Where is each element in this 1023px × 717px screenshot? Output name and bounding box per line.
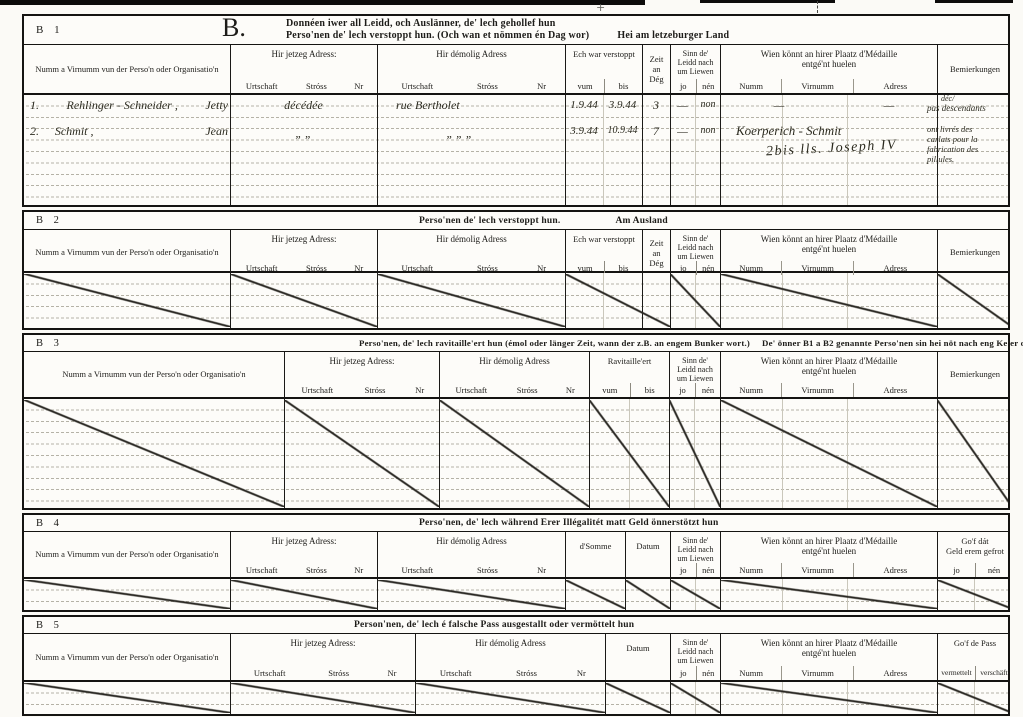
- entry-former-address: „ „ „: [377, 126, 542, 141]
- entry-current-address: décédée: [230, 98, 377, 113]
- sub-urtschaft: Urtschaft: [231, 563, 292, 577]
- current-address-label: Hir jetzeg Adress:: [272, 234, 337, 244]
- section-title: Person'nen, de' lech é falsche Pass ausg…: [354, 620, 634, 630]
- sub-adress: Adress: [853, 563, 937, 577]
- section-label: B 3: [36, 338, 63, 349]
- alive-label: Sinn de' Leidd nach um Liewen: [677, 356, 713, 383]
- section-b3: B 3 Perso'nen, de' lech ravitaille'ert h…: [22, 333, 1010, 510]
- b4-entries-area: [24, 579, 1008, 610]
- strike-line: [670, 580, 720, 609]
- col-hidden-period: Ech war verstoppt vumbis: [565, 230, 642, 275]
- sub-stross: Stróss: [292, 563, 340, 577]
- strike-line: [720, 274, 937, 327]
- sub-stross: Stróss: [292, 79, 340, 93]
- sub-vermettelt: vermettelt: [938, 666, 975, 680]
- entry-alive-jo: —: [670, 98, 695, 113]
- section-b4-titlebar: B 4 Perso'nen, de' lech während Erer Ill…: [24, 515, 1008, 532]
- b2-entries-area: [24, 273, 1008, 328]
- entry-medal-adress: —: [869, 98, 909, 113]
- strike-line: [670, 274, 720, 327]
- section-title: Perso'nen, de' lech während Erer Illégal…: [419, 518, 719, 528]
- date-label: Datum: [626, 643, 649, 654]
- section-label: B 5: [36, 620, 63, 631]
- col-former-address: Hir démolig Adress UrtschaftStróssNr: [439, 352, 589, 397]
- scan-artifact-top-bar: [935, 0, 1013, 3]
- entry-firstname: Jetty: [205, 98, 228, 113]
- section-b1-titlebar: B 1 B. Donnéen iwer all Leidd, och Auslä…: [24, 16, 1008, 45]
- current-address-label: Hir jetzeg Adress:: [272, 536, 337, 546]
- sub-virnumm: Virnumm: [781, 383, 852, 397]
- sub-jo: jo: [938, 563, 975, 577]
- section-b2-titlebar: B 2 Perso'nen de' lech verstoppt hun. Am…: [24, 212, 1008, 230]
- entry-surname: Schmit ,: [55, 124, 94, 139]
- former-address-label: Hir démolig Adress: [479, 356, 550, 366]
- strike-line: [937, 683, 1008, 713]
- entry-medal-numm: —: [759, 98, 799, 113]
- section-letter: B.: [222, 13, 246, 43]
- column-divider: [565, 95, 566, 205]
- strike-line: [565, 274, 670, 327]
- entry-remark: déc/: [941, 95, 954, 103]
- remarks-label: Bemierkungen: [950, 64, 1000, 75]
- strike-line: [24, 580, 230, 609]
- col-alive: Sinn de' Leidd nach um Liewen jonén: [670, 532, 720, 577]
- strike-line: [720, 400, 937, 507]
- strike-line: [937, 274, 1008, 327]
- strike-line: [720, 580, 937, 609]
- medal-recipient-label: Wien könnt an hirer Plaatz d'Médaille en…: [761, 638, 897, 658]
- entry-number: 1.: [30, 98, 39, 113]
- sub-urtschaft: Urtschaft: [285, 383, 350, 397]
- strike-line: [937, 580, 1008, 609]
- col-remarks: Bemierkungen: [937, 352, 1012, 397]
- sub-jo: jo: [671, 79, 696, 93]
- sub-stross: Stróss: [457, 563, 519, 577]
- strike-line: [669, 400, 720, 507]
- strike-line: [377, 580, 565, 609]
- col-current-address: Hir jetzeg Adress: UrtschaftStróssNr: [230, 45, 377, 93]
- money-returned-label: Go'f dát Geld erem gefrot: [946, 536, 1004, 556]
- former-address-label: Hir démolig Adress: [436, 49, 507, 59]
- b4-column-headers: Numm a Virnumm vun der Perso'n oder Orga…: [24, 532, 1008, 579]
- supplied-label: Ravitaille'ert: [608, 356, 652, 366]
- col-alive: Sinn de' Leidd nach um Liewen jonén: [669, 352, 720, 397]
- sub-virnumm: Virnumm: [781, 563, 852, 577]
- strike-line: [565, 580, 625, 609]
- strike-line: [439, 400, 589, 507]
- title-line-1: Donnéen iwer all Leidd, och Auslänner, d…: [286, 18, 729, 30]
- entry-alive-jo: —: [670, 124, 695, 139]
- sub-jo: jo: [670, 383, 695, 397]
- col-name-label: Numm a Virnumm vun der Perso'n oder Orga…: [35, 652, 218, 663]
- title-region: Hei am letzeburger Land: [617, 30, 729, 42]
- column-divider: [720, 95, 721, 205]
- hidden-period-label: Ech war verstoppt: [573, 49, 635, 59]
- sub-numm: Numm: [721, 666, 781, 680]
- sub-jo: jo: [671, 563, 696, 577]
- col-hidden-period: Ech war verstoppt vumbis: [565, 45, 642, 93]
- sub-adress: Adress: [853, 666, 937, 680]
- strike-line: [720, 683, 937, 713]
- col-name-label: Numm a Virnumm vun der Perso'n oder Orga…: [35, 247, 218, 258]
- strike-line: [589, 400, 669, 507]
- col-pass-provided: Go'f de Pass vermetteltverschäft: [937, 634, 1012, 680]
- col-name: Numm a Virnumm vun der Perso'n oder Orga…: [24, 352, 284, 397]
- col-name-label: Numm a Virnumm vun der Perso'n oder Orga…: [62, 369, 245, 380]
- col-medal-recipient: Wien könnt an hirer Plaatz d'Médaille en…: [720, 230, 937, 275]
- col-medal-recipient: Wien könnt an hirer Plaatz d'Médaille en…: [720, 45, 937, 93]
- sub-virnumm: Virnumm: [781, 79, 852, 93]
- col-money-returned: Go'f dát Geld erem gefrot jonén: [937, 532, 1012, 577]
- former-address-label: Hir démolig Adress: [436, 234, 507, 244]
- section-title: Perso'nen, de' lech ravitaille'ert hun (…: [359, 338, 750, 348]
- strike-line: [24, 683, 230, 713]
- section-title: Donnéen iwer all Leidd, och Auslänner, d…: [286, 18, 729, 42]
- sub-urtschaft: Urtschaft: [378, 79, 457, 93]
- sum-label: d'Somme: [580, 541, 612, 552]
- title-region: Am Ausland: [615, 216, 667, 226]
- sub-urtschaft: Urtschaft: [231, 666, 308, 680]
- strike-line: [24, 400, 284, 507]
- section-b5-titlebar: B 5 Person'nen, de' lech é falsche Pass …: [24, 617, 1008, 634]
- medal-recipient-label: Wien könnt an hirer Plaatz d'Médaille en…: [761, 356, 897, 376]
- sub-bis: bis: [604, 79, 642, 93]
- b2-column-headers: Numm a Virnumm vun der Perso'n oder Orga…: [24, 230, 1008, 273]
- strike-line: [377, 274, 565, 327]
- sub-stross: Stróss: [350, 383, 401, 397]
- strike-line: [605, 683, 670, 713]
- sub-verschaft: verschäft: [975, 666, 1012, 680]
- scan-artifact-top-bar: [0, 0, 645, 5]
- alive-label: Sinn de' Leidd nach um Liewen: [677, 234, 713, 261]
- sub-nr: Nr: [400, 383, 439, 397]
- b5-entries-area: [24, 682, 1008, 714]
- entry-days: 7: [642, 124, 670, 139]
- section-b4: B 4 Perso'nen, de' lech während Erer Ill…: [22, 513, 1010, 612]
- scan-artifact-top-bar: [700, 0, 835, 3]
- strike-line: [670, 683, 720, 713]
- entry-days: 3: [642, 98, 670, 113]
- sub-stross: Stróss: [495, 666, 557, 680]
- entry-medal-signature: 2bis lls. Joseph IV: [766, 138, 898, 161]
- section-b3-titlebar: B 3 Perso'nen, de' lech ravitaille'ert h…: [24, 335, 1008, 352]
- col-medal-recipient: Wien könnt an hirer Plaatz d'Médaille en…: [720, 352, 937, 397]
- strike-line: [230, 683, 415, 713]
- strike-line: [625, 580, 670, 609]
- sub-numm: Numm: [721, 383, 781, 397]
- sub-numm: Numm: [721, 79, 781, 93]
- fold-mark: [817, 1, 818, 13]
- entry-name: 1. Rehlinger - Schneider , Jetty: [30, 98, 228, 113]
- b5-column-headers: Numm a Virnumm vun der Perso'n oder Orga…: [24, 634, 1008, 682]
- current-address-label: Hir jetzeg Adress:: [272, 49, 337, 59]
- alive-label: Sinn de' Leidd nach um Liewen: [677, 49, 713, 76]
- strike-line: [937, 400, 1008, 507]
- section-b5: B 5 Person'nen, de' lech é falsche Pass …: [22, 615, 1010, 716]
- sub-nr: Nr: [340, 79, 377, 93]
- entry-alive-nen: non: [695, 125, 721, 136]
- col-former-address: Hir démolig Adress UrtschaftStróssNr: [415, 634, 605, 680]
- col-name: Numm a Virnumm vun der Perso'n oder Orga…: [24, 230, 230, 275]
- col-name: Numm a Virnumm vun der Perso'n oder Orga…: [24, 45, 230, 93]
- sub-nen: nén: [696, 563, 721, 577]
- hidden-period-label: Ech war verstoppt: [573, 234, 635, 244]
- sub-stross: Stróss: [308, 666, 369, 680]
- sub-vum: vum: [566, 79, 604, 93]
- pass-provided-label: Go'f de Pass: [954, 638, 996, 648]
- col-days: Zeit an Dég: [642, 230, 670, 275]
- b1-column-headers: Numm a Virnumm vun der Perso'n oder Orga…: [24, 45, 1008, 95]
- entry-remark: ont livrés des carlats pour la fabricati…: [927, 124, 978, 164]
- col-date: Datum: [605, 634, 670, 680]
- sub-nr: Nr: [518, 79, 565, 93]
- col-days: Zeit an Dég: [642, 45, 670, 93]
- sub-adress: Adress: [853, 383, 937, 397]
- column-divider: [377, 95, 378, 205]
- alive-label: Sinn de' Leidd nach um Liewen: [677, 536, 713, 563]
- column-divider-light: [603, 95, 604, 205]
- medal-recipient-label: Wien könnt an hirer Plaatz d'Médaille en…: [761, 234, 897, 254]
- current-address-label: Hir jetzeg Adress:: [291, 638, 356, 648]
- col-alive: Sinn de' Leidd nach um Liewen jonén: [670, 45, 720, 93]
- entry-alive-nen: non: [695, 99, 721, 110]
- former-address-label: Hir démolig Adress: [475, 638, 546, 648]
- sub-nen: nén: [696, 666, 721, 680]
- col-name-label: Numm a Virnumm vun der Perso'n oder Orga…: [35, 64, 218, 75]
- col-current-address: Hir jetzeg Adress: UrtschaftStróssNr: [230, 532, 377, 577]
- col-date: Datum: [625, 532, 670, 577]
- entry-name: 2. Schmit , Jean: [30, 124, 228, 139]
- strike-line: [24, 274, 230, 327]
- col-name: Numm a Virnumm vun der Perso'n oder Orga…: [24, 532, 230, 577]
- days-label: Zeit an Dég: [649, 54, 663, 84]
- entry-to-date: 10.9.44: [601, 125, 644, 136]
- col-current-address: Hir jetzeg Adress: UrtschaftStróssNr: [230, 230, 377, 275]
- col-former-address: Hir démolig Adress UrtschaftStróssNr: [377, 532, 565, 577]
- sub-urtschaft: Urtschaft: [378, 563, 457, 577]
- sub-bis: bis: [630, 383, 670, 397]
- medal-recipient-label: Wien könnt an hirer Plaatz d'Médaille en…: [761, 49, 897, 69]
- remarks-label: Bemierkungen: [950, 369, 1000, 380]
- entry-from-date: 3.9.44: [565, 125, 603, 137]
- sub-nen: nén: [975, 563, 1012, 577]
- col-alive: Sinn de' Leidd nach um Liewen jonén: [670, 230, 720, 275]
- entry-medal-name: Koerperich - Schmit: [736, 123, 841, 139]
- b1-entries-area: 1. Rehlinger - Schneider , Jetty décédée…: [24, 95, 1008, 205]
- entry-firstname: Jean: [205, 124, 228, 139]
- current-address-label: Hir jetzeg Adress:: [330, 356, 395, 366]
- days-label: Zeit an Dég: [649, 238, 663, 268]
- b3-column-headers: Numm a Virnumm vun der Perso'n oder Orga…: [24, 352, 1008, 399]
- sub-urtschaft: Urtschaft: [416, 666, 495, 680]
- sub-nr: Nr: [558, 666, 605, 680]
- section-label: B 1: [36, 24, 64, 36]
- col-name-label: Numm a Virnumm vun der Perso'n oder Orga…: [35, 549, 218, 560]
- col-name: Numm a Virnumm vun der Perso'n oder Orga…: [24, 634, 230, 680]
- section-label: B 4: [36, 518, 63, 529]
- sub-adress: Adress: [853, 79, 937, 93]
- sub-virnumm: Virnumm: [781, 666, 852, 680]
- section-b1: B 1 B. Donnéen iwer all Leidd, och Auslä…: [22, 14, 1010, 207]
- entry-former-address: rue Bertholet: [396, 98, 460, 113]
- strike-line: [415, 683, 605, 713]
- sub-nen: nén: [695, 383, 720, 397]
- sub-nr: Nr: [369, 666, 415, 680]
- sub-urtschaft: Urtschaft: [440, 383, 503, 397]
- former-address-label: Hir démolig Adress: [436, 536, 507, 546]
- sub-nen: nén: [696, 79, 721, 93]
- registration-mark: +: [596, 1, 605, 14]
- col-remarks: Bemierkungen: [937, 230, 1012, 275]
- col-sum: d'Somme: [565, 532, 625, 577]
- col-current-address: Hir jetzeg Adress: UrtschaftStróssNr: [284, 352, 439, 397]
- col-supplied-period: Ravitaille'ert vumbis: [589, 352, 669, 397]
- entry-from-date: 1.9.44: [565, 99, 603, 111]
- entry-to-date: 3.9.44: [603, 99, 642, 111]
- sub-stross: Stróss: [457, 79, 519, 93]
- sub-nr: Nr: [552, 383, 589, 397]
- remarks-label: Bemierkungen: [950, 247, 1000, 258]
- section-b2: B 2 Perso'nen de' lech verstoppt hun. Am…: [22, 210, 1010, 330]
- entry-remark: pas descendants: [927, 103, 986, 113]
- sub-nr: Nr: [518, 563, 565, 577]
- column-divider-light: [695, 95, 696, 205]
- date-label: Datum: [636, 541, 659, 552]
- entry-number: 2.: [30, 124, 39, 139]
- medal-recipient-label: Wien könnt an hirer Plaatz d'Médaille en…: [761, 536, 897, 556]
- col-remarks: Bemierkungen: [937, 45, 1012, 93]
- alive-label: Sinn de' Leidd nach um Liewen: [677, 638, 713, 665]
- col-medal-recipient: Wien könnt an hirer Plaatz d'Médaille en…: [720, 634, 937, 680]
- col-medal-recipient: Wien könnt an hirer Plaatz d'Médaille en…: [720, 532, 937, 577]
- sub-nr: Nr: [340, 563, 377, 577]
- strike-line: [230, 580, 377, 609]
- section-label: B 2: [36, 215, 63, 226]
- col-alive: Sinn de' Leidd nach um Liewen jonén: [670, 634, 720, 680]
- strike-line: [284, 400, 439, 507]
- col-former-address: Hir démolig Adress UrtschaftStróssNr: [377, 230, 565, 275]
- sub-vum: vum: [590, 383, 630, 397]
- sub-urtschaft: Urtschaft: [231, 79, 292, 93]
- entry-current-address: „ „: [230, 126, 377, 141]
- title-line-2: Perso'nen de' lech verstoppt hun. (Och w…: [286, 30, 589, 42]
- b3-entries-area: [24, 399, 1008, 508]
- sub-stross: Stróss: [503, 383, 552, 397]
- strike-line: [230, 274, 377, 327]
- entry-surname: Rehlinger - Schneider ,: [67, 98, 178, 113]
- col-former-address: Hir démolig Adress UrtschaftStróssNr: [377, 45, 565, 93]
- scanned-form-page: + B 1 B. Donnéen iwer all Leidd, och Aus…: [0, 0, 1023, 717]
- section-title-2: De' önner B1 a B2 genannte Perso'nen sin…: [762, 338, 1023, 348]
- col-current-address: Hir jetzeg Adress: UrtschaftStróssNr: [230, 634, 415, 680]
- section-title: Perso'nen de' lech verstoppt hun.: [419, 216, 560, 226]
- sub-numm: Numm: [721, 563, 781, 577]
- sub-jo: jo: [671, 666, 696, 680]
